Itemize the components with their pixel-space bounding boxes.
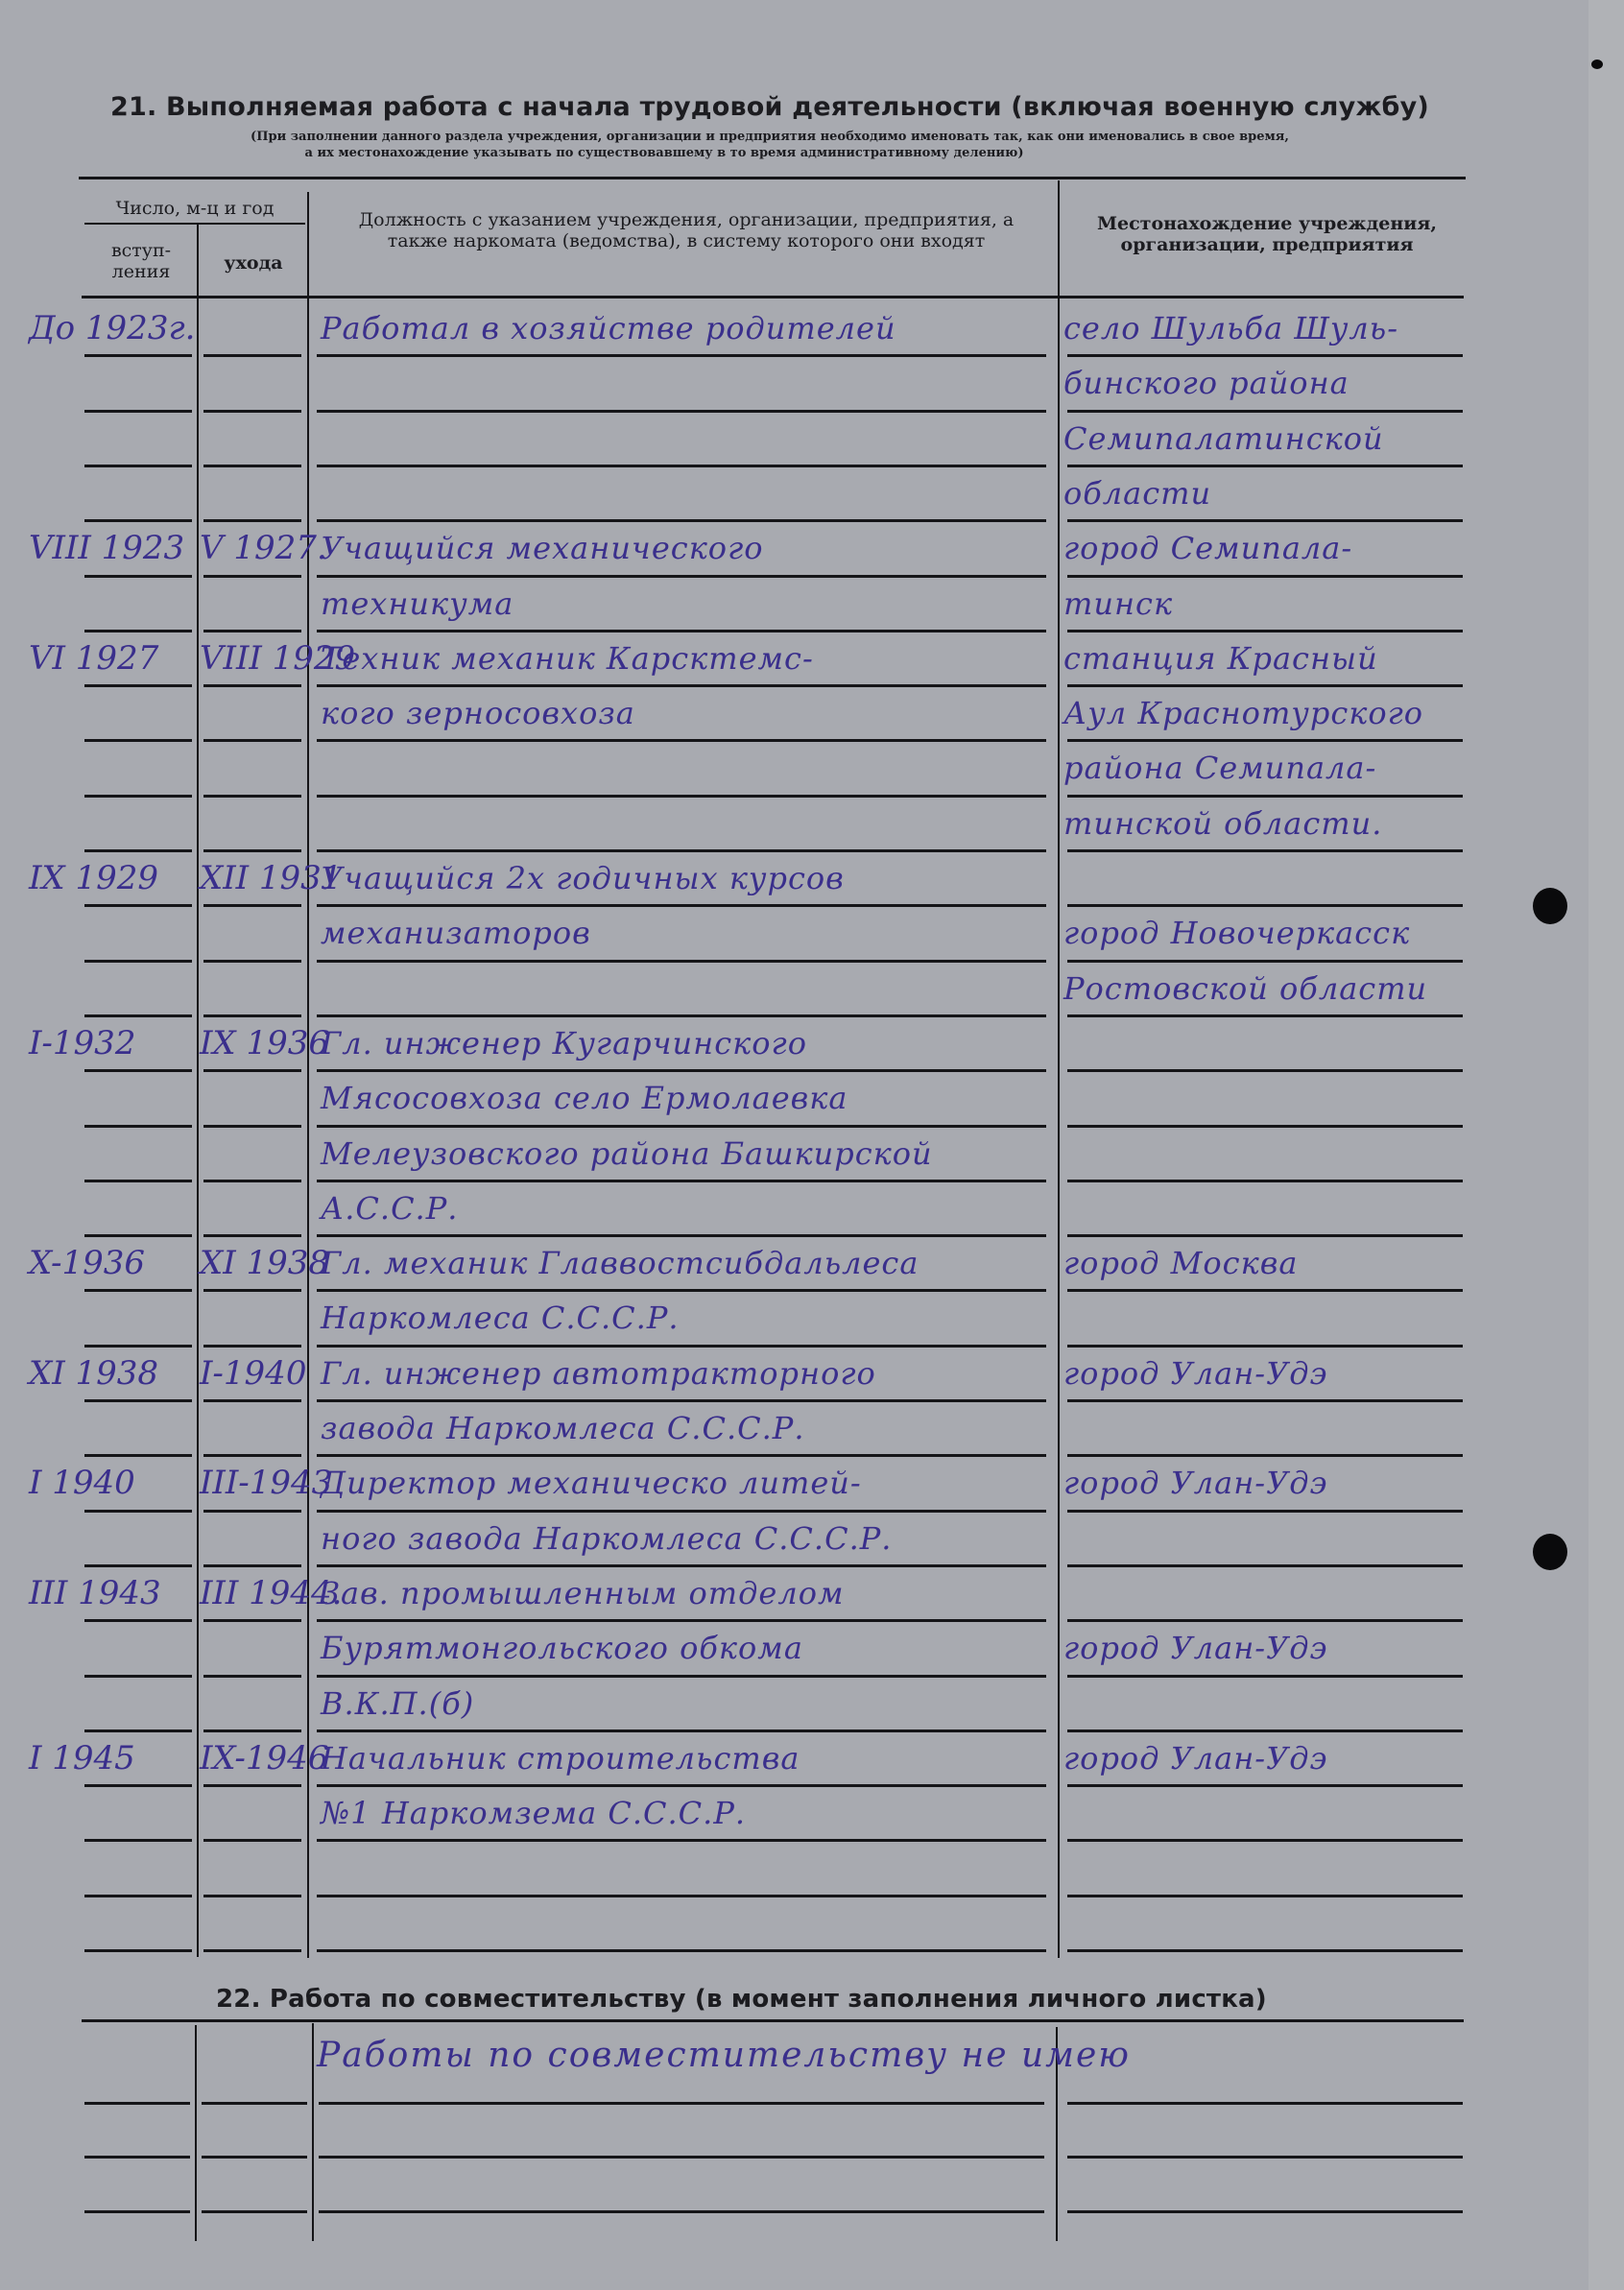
row-rule [319, 2210, 1044, 2213]
column-header-date-group: Число, м-ц и год [84, 198, 305, 219]
row-rule [84, 904, 192, 907]
row-rule [317, 410, 1046, 413]
row-rule [84, 410, 192, 413]
column-header-position: Должность с указанием учреждения, органи… [336, 209, 1037, 251]
row-rule [84, 354, 192, 357]
entry-location-line: тинск [1063, 584, 1173, 623]
row-rule [1067, 739, 1463, 742]
entry-location-line: город Улан-Удэ [1063, 1354, 1327, 1393]
entry-location-line: город Улан-Удэ [1063, 1629, 1327, 1667]
row-rule [1067, 1949, 1463, 1952]
row-rule [84, 575, 192, 578]
row-rule [84, 630, 192, 632]
row-rule [1067, 1399, 1463, 1402]
row-rule [317, 1234, 1046, 1237]
row-rule [203, 1069, 301, 1072]
entry-position-line: завода Наркомлеса С.С.С.Р. [321, 1409, 804, 1447]
header-bottom-rule [82, 296, 1464, 298]
row-rule [317, 904, 1046, 907]
row-rule [1067, 1564, 1463, 1567]
row-rule [1067, 684, 1463, 687]
row-rule [203, 1289, 301, 1292]
row-rule [203, 849, 301, 852]
entry-end-date: XI 1938 [200, 1244, 329, 1282]
column-header-end: ухода [200, 252, 307, 274]
row-rule [203, 1675, 301, 1678]
entry-location-line: город Москва [1063, 1244, 1298, 1282]
row-rule [203, 1949, 301, 1952]
row-rule [84, 684, 192, 687]
entry-location-line: Аул Краснотурского [1063, 694, 1423, 732]
column-divider [307, 192, 309, 1958]
row-rule [203, 739, 301, 742]
row-rule [317, 795, 1046, 798]
row-rule [1067, 1014, 1463, 1017]
entry-start-date: VI 1927 [29, 639, 158, 678]
row-rule [1067, 1510, 1463, 1513]
row-rule [203, 519, 301, 522]
entry-position-line: техникума [321, 584, 513, 623]
entry-location-line: тинской области. [1063, 804, 1382, 843]
section-21-note-line1: (При заполнении данного раздела учрежден… [79, 130, 1461, 144]
entry-position-line: Техник механик Карсктемс- [321, 639, 814, 678]
row-rule [84, 1564, 192, 1567]
entry-location-line: город Семипала- [1063, 529, 1352, 567]
entry-position-line: В.К.П.(б) [321, 1684, 474, 1723]
paper-edge [1588, 0, 1624, 2290]
row-rule [317, 1125, 1046, 1128]
row-rule [317, 849, 1046, 852]
row-rule [84, 1345, 192, 1348]
row-rule [1067, 849, 1463, 852]
row-rule [84, 2156, 190, 2159]
row-rule [84, 1069, 192, 1072]
row-rule [203, 354, 301, 357]
row-rule [317, 1839, 1046, 1842]
punch-hole-mark [1591, 60, 1603, 69]
entry-end-date: V 1927. [200, 529, 327, 567]
entry-end-date: I-1940 [200, 1354, 306, 1393]
row-rule [203, 1510, 301, 1513]
row-rule [1067, 1234, 1463, 1237]
row-rule [203, 1895, 301, 1897]
section-22-entry: Работы по совместительству не имею [317, 2037, 1131, 2075]
row-rule [203, 1564, 301, 1567]
row-rule [1067, 1345, 1463, 1348]
row-rule [84, 1675, 192, 1678]
entry-start-date: III 1943 [29, 1574, 161, 1612]
row-rule [203, 1125, 301, 1128]
punch-hole [1533, 888, 1567, 924]
row-rule [84, 1014, 192, 1017]
row-rule [317, 1454, 1046, 1457]
row-rule [1067, 630, 1463, 632]
row-rule [203, 904, 301, 907]
entry-start-date: IX 1929 [29, 859, 158, 897]
row-rule [1067, 1784, 1463, 1787]
row-rule [203, 465, 301, 467]
entry-position-line: Гл. механик Главвостсибдальлеса [321, 1244, 919, 1282]
row-rule [317, 1510, 1046, 1513]
row-rule [317, 1345, 1046, 1348]
entry-position-line: кого зерносовхоза [321, 694, 635, 732]
entry-start-date: До 1923г. [29, 309, 195, 347]
row-rule [1067, 354, 1463, 357]
entry-position-line: Бурятмонгольского обкома [321, 1629, 803, 1667]
entry-location-line: бинского района [1063, 364, 1349, 402]
entry-location-line: района Семипала- [1063, 749, 1376, 787]
row-rule [203, 960, 301, 963]
entry-position-line: А.С.С.Р. [321, 1189, 458, 1228]
row-rule [203, 630, 301, 632]
column-divider [1058, 180, 1060, 1958]
entry-location-line: город Улан-Удэ [1063, 1739, 1327, 1777]
row-rule [84, 739, 192, 742]
entry-position-line: №1 Наркомзема С.С.С.Р. [321, 1794, 746, 1832]
row-rule [1067, 1125, 1463, 1128]
entry-end-date: III-1943 [200, 1464, 332, 1502]
row-rule [202, 2210, 307, 2213]
row-rule [84, 849, 192, 852]
column-divider [197, 225, 199, 1957]
row-rule [317, 1619, 1046, 1622]
row-rule [203, 1014, 301, 1017]
header-divider [84, 223, 305, 225]
row-rule [84, 1839, 192, 1842]
row-rule [84, 1125, 192, 1128]
row-rule [84, 1895, 192, 1897]
entry-position-line: Гл. инженер Кугарчинского [321, 1024, 807, 1062]
row-rule [317, 354, 1046, 357]
row-rule [317, 1564, 1046, 1567]
row-rule [84, 519, 192, 522]
row-rule [84, 1234, 192, 1237]
entry-position-line: механизаторов [321, 914, 591, 952]
entry-start-date: XI 1938 [29, 1354, 158, 1393]
row-rule [1067, 2102, 1463, 2105]
entry-position-line: Учащийся механического [321, 529, 764, 567]
row-rule [1067, 1675, 1463, 1678]
row-rule [1067, 1729, 1463, 1732]
row-rule [84, 960, 192, 963]
row-rule [84, 1784, 192, 1787]
row-rule [317, 465, 1046, 467]
entry-end-date: IX-1946 [200, 1739, 328, 1777]
entry-start-date: I 1945 [29, 1739, 135, 1777]
column-divider [312, 2023, 314, 2241]
row-rule [1067, 960, 1463, 963]
entry-position-line: Гл. инженер автотракторного [321, 1354, 876, 1393]
row-rule [203, 1784, 301, 1787]
row-rule [1067, 1839, 1463, 1842]
entry-location-line: город Новочеркасск [1063, 914, 1410, 952]
row-rule [317, 684, 1046, 687]
entry-position-line: Наркомлеса С.С.С.Р. [321, 1299, 680, 1337]
row-rule [317, 1014, 1046, 1017]
row-rule [319, 2102, 1044, 2105]
entry-location-line: город Улан-Удэ [1063, 1464, 1327, 1502]
table-top-rule [79, 177, 1466, 179]
row-rule [1067, 465, 1463, 467]
row-rule [1067, 904, 1463, 907]
row-rule [317, 1289, 1046, 1292]
entry-start-date: I-1932 [29, 1024, 135, 1062]
row-rule [317, 1895, 1046, 1897]
row-rule [203, 1234, 301, 1237]
row-rule [84, 465, 192, 467]
row-rule [84, 2102, 190, 2105]
row-rule [84, 1619, 192, 1622]
row-rule [317, 1729, 1046, 1732]
column-header-start: вступ- ления [84, 240, 198, 282]
row-rule [84, 1180, 192, 1182]
row-rule [317, 1949, 1046, 1952]
punch-hole [1533, 1534, 1567, 1570]
row-rule [317, 1399, 1046, 1402]
row-rule [1067, 2156, 1463, 2159]
entry-position-line: ного завода Наркомлеса С.С.С.Р. [321, 1519, 892, 1558]
row-rule [84, 1949, 192, 1952]
row-rule [84, 1729, 192, 1732]
column-divider [195, 2025, 197, 2241]
entry-end-date: IX 1936 [200, 1024, 329, 1062]
row-rule [203, 1180, 301, 1182]
row-rule [1067, 795, 1463, 798]
row-rule [202, 2102, 307, 2105]
row-rule [1067, 1289, 1463, 1292]
row-rule [1067, 410, 1463, 413]
entry-location-line: Ростовской области [1063, 969, 1427, 1008]
entry-position-line: Работал в хозяйстве родителей [321, 309, 896, 347]
row-rule [203, 1619, 301, 1622]
entry-location-line: село Шульба Шуль- [1063, 309, 1398, 347]
entry-position-line: Директор механическо литей- [321, 1464, 862, 1502]
row-rule [203, 575, 301, 578]
row-rule [203, 410, 301, 413]
row-rule [203, 1839, 301, 1842]
row-rule [317, 1069, 1046, 1072]
row-rule [203, 1399, 301, 1402]
row-rule [203, 684, 301, 687]
row-rule [317, 519, 1046, 522]
row-rule [1067, 2210, 1463, 2213]
section-22-top-rule [82, 2019, 1464, 2022]
entry-start-date: I 1940 [29, 1464, 135, 1502]
row-rule [203, 1729, 301, 1732]
row-rule [1067, 575, 1463, 578]
row-rule [1067, 1895, 1463, 1897]
row-rule [317, 1675, 1046, 1678]
entry-location-line: станция Красный [1063, 639, 1378, 678]
entry-position-line: Начальник строительства [321, 1739, 800, 1777]
row-rule [203, 1345, 301, 1348]
entry-position-line: Мясосовхоза село Ермолаевка [321, 1079, 848, 1117]
entry-start-date: VIII 1923 [29, 529, 184, 567]
row-rule [1067, 1619, 1463, 1622]
row-rule [84, 1454, 192, 1457]
row-rule [202, 2156, 307, 2159]
row-rule [203, 795, 301, 798]
row-rule [84, 1399, 192, 1402]
entry-location-line: области [1063, 474, 1211, 513]
row-rule [317, 960, 1046, 963]
entry-position-line: Мелеузовского района Башкирской [321, 1134, 933, 1173]
section-22-title: 22. Работа по совместительству (в момент… [216, 1985, 1267, 2014]
row-rule [84, 1289, 192, 1292]
row-rule [1067, 519, 1463, 522]
row-rule [317, 1784, 1046, 1787]
row-rule [1067, 1180, 1463, 1182]
row-rule [317, 1180, 1046, 1182]
row-rule [1067, 1069, 1463, 1072]
section-21-title: 21. Выполняемая работа с начала трудовой… [110, 92, 1429, 122]
entry-position-line: Учащийся 2х годичных курсов [321, 859, 845, 897]
row-rule [317, 739, 1046, 742]
entry-start-date: X-1936 [29, 1244, 145, 1282]
row-rule [84, 1510, 192, 1513]
row-rule [319, 2156, 1044, 2159]
row-rule [1067, 1454, 1463, 1457]
row-rule [203, 1454, 301, 1457]
row-rule [317, 630, 1046, 632]
row-rule [317, 575, 1046, 578]
entry-position-line: Зав. промышленным отделом [321, 1574, 844, 1612]
row-rule [84, 2210, 190, 2213]
section-21-note-line2: а их местонахождение указывать по сущест… [79, 146, 1250, 160]
column-header-location: Местонахождение учреждения, организации,… [1065, 213, 1469, 255]
entry-location-line: Семипалатинской [1063, 419, 1384, 458]
row-rule [84, 795, 192, 798]
